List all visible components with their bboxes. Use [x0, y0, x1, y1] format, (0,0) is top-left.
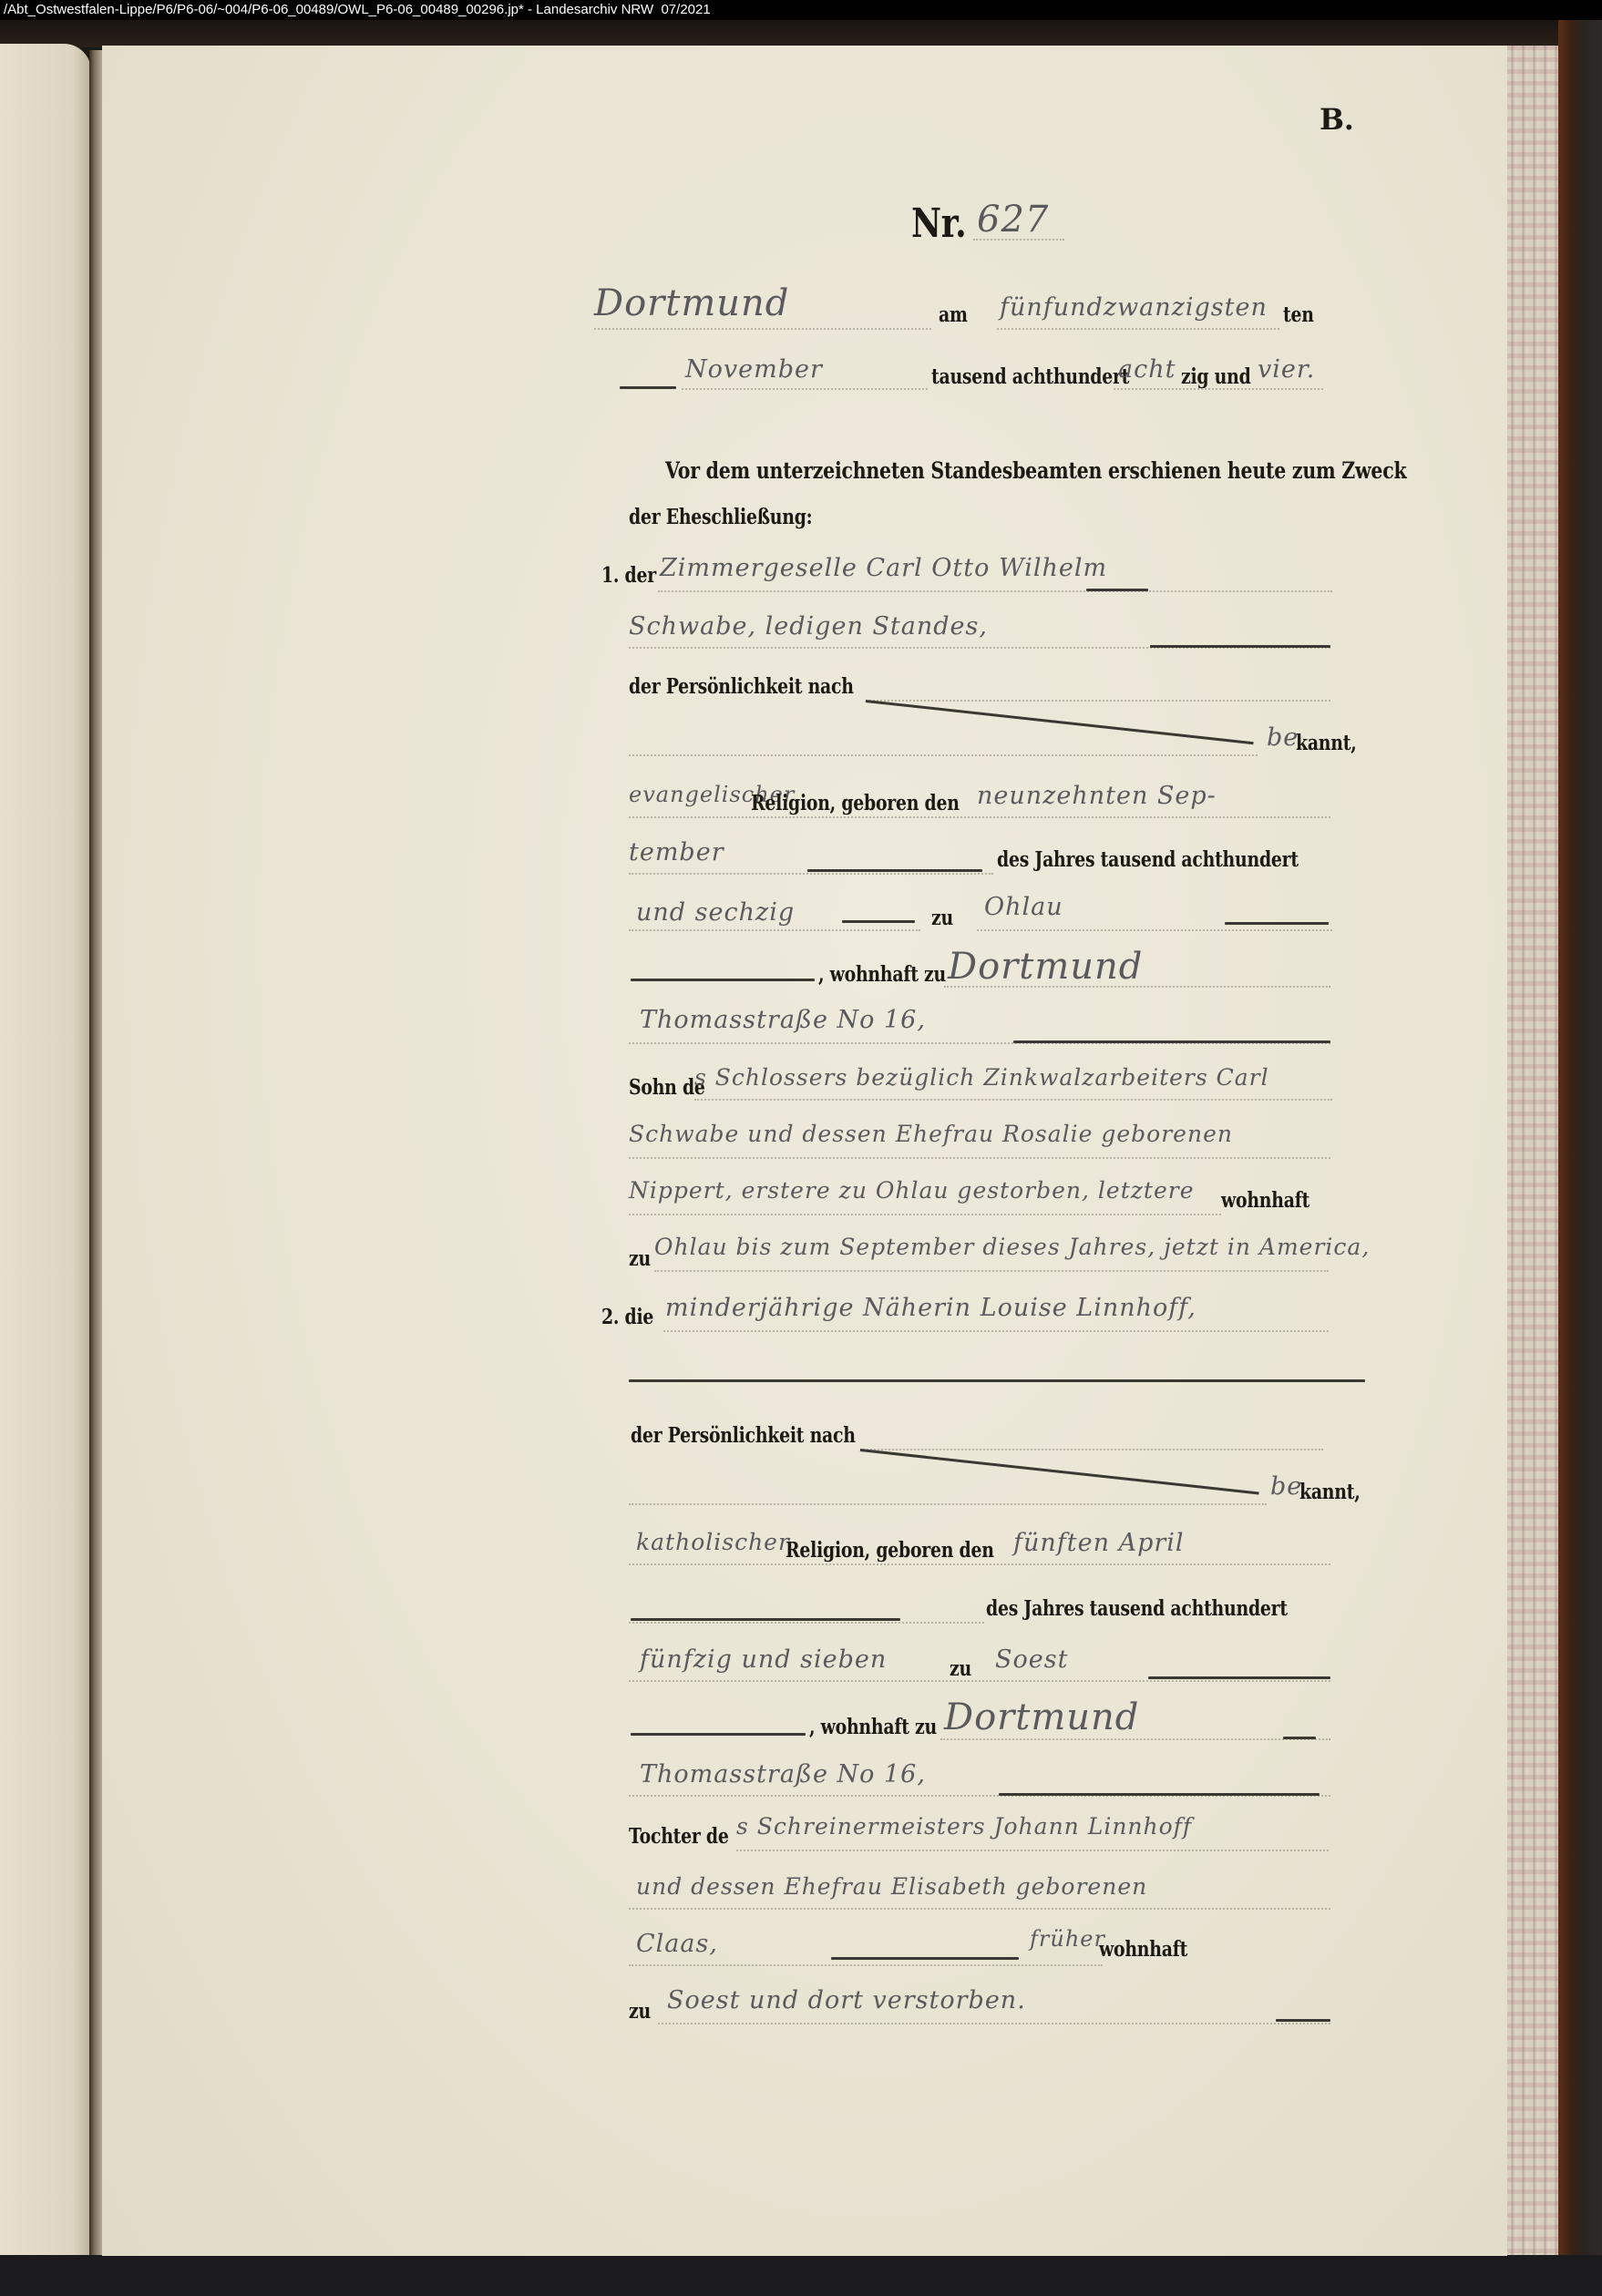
- bride-parents-line3: Claas,: [636, 1930, 718, 1958]
- archive-name: Landesarchiv NRW: [536, 2, 653, 17]
- groom-parents-line3: Nippert, erstere zu Ohlau gestorben, let…: [629, 1177, 1195, 1204]
- intro-text-2: der Eheschließung:: [629, 505, 812, 529]
- groom-birth-day: neunzehnten Sep-: [977, 782, 1217, 810]
- groom-known-label: kannt,: [1296, 731, 1357, 755]
- marriage-day: fünfundzwanzigsten: [1000, 293, 1268, 322]
- archive-date: 07/2021: [661, 2, 710, 17]
- book-cover-right: [1558, 20, 1602, 2296]
- bride-birthplace: Soest: [995, 1645, 1068, 1674]
- marriage-month: November: [685, 355, 823, 384]
- am-label: am: [939, 302, 968, 327]
- divider-line: [629, 1379, 1365, 1382]
- groom-religion-label: Religion, geboren den: [751, 791, 960, 815]
- groom-parents-line2: Schwabe und dessen Ehefrau Rosalie gebor…: [629, 1121, 1233, 1147]
- name-underline: [1086, 589, 1148, 591]
- page-edges: [1505, 46, 1562, 2258]
- book-cover-top: [0, 20, 1602, 47]
- groom-occupation-name: Zimmergeselle Carl Otto Wilhelm: [660, 554, 1107, 582]
- bride-residence-street: Thomasstraße No 16,: [640, 1760, 926, 1789]
- groom-birth-month: tember: [629, 838, 724, 866]
- bride-religion-label: Religion, geboren den: [786, 1538, 994, 1563]
- marriage-place: Dortmund: [594, 282, 789, 324]
- groom-birthplace: Ohlau: [984, 893, 1063, 921]
- bride-birth-day: fünften April: [1013, 1529, 1185, 1557]
- groom-year-label: des Jahres tausend achthundert: [997, 847, 1299, 872]
- bride-number: 2. die: [601, 1305, 653, 1329]
- book-cover-bottom: [0, 2255, 1602, 2296]
- year-units: vier.: [1258, 355, 1315, 384]
- groom-parents-line4: Ohlau bis zum September dieses Jahres, j…: [654, 1234, 1370, 1260]
- bride-religion: katholischer: [636, 1529, 790, 1555]
- left-page: [0, 44, 91, 2256]
- bride-parents-label: Tochter de: [629, 1824, 729, 1849]
- groom-residence-label: , wohnhaft zu: [818, 962, 946, 987]
- groom-parents-line1: s Schlossers bezüglich Zinkwalzarbeiters…: [694, 1064, 1269, 1091]
- groom-number: 1. der: [601, 563, 656, 588]
- bride-residence-city: Dortmund: [944, 1696, 1139, 1738]
- intro-text: Vor dem unterzeichneten Standesbeamten e…: [665, 457, 1406, 484]
- bride-parents-line4: Soest und dort verstorben.: [667, 1986, 1026, 2014]
- file-path: /Abt_Ostwestfalen-Lippe/P6/P6-06/~004/P6…: [4, 2, 524, 17]
- record-number: 627: [977, 199, 1049, 241]
- number-label: Nr.: [911, 200, 967, 247]
- groom-identity-label: der Persönlichkeit nach: [629, 674, 854, 699]
- bride-known-label: kannt,: [1299, 1480, 1361, 1504]
- bride-birth-year: fünfzig und sieben: [640, 1645, 887, 1674]
- year-tens: acht: [1118, 355, 1176, 384]
- book-gutter: [89, 50, 102, 2255]
- groom-birth-year: und sechzig: [636, 898, 795, 927]
- groom-surname-status: Schwabe, ledigen Standes,: [629, 612, 988, 641]
- year-label: tausend achthundert: [931, 364, 1129, 389]
- bride-parents-line1: s Schreinermeisters Johann Linnhoff: [736, 1813, 1192, 1840]
- form-letter: B.: [1320, 102, 1354, 137]
- register-page: B. Nr. 627 Dortmund am fünfundzwanzigste…: [102, 46, 1507, 2256]
- title-bar: /Abt_Ostwestfalen-Lippe/P6/P6-06/~004/P6…: [0, 0, 1602, 20]
- bride-year-label: des Jahres tausend achthundert: [986, 1596, 1288, 1621]
- bride-status-occupation-name: minderjährige Näherin Louise Linnhoff,: [665, 1294, 1196, 1322]
- bride-residence-label: , wohnhaft zu: [809, 1715, 937, 1739]
- groom-residence-city: Dortmund: [948, 946, 1143, 988]
- groom-residence-street: Thomasstraße No 16,: [640, 1006, 926, 1034]
- bride-parents-line2: und dessen Ehefrau Elisabeth geborenen: [636, 1873, 1147, 1900]
- bride-identity-label: der Persönlichkeit nach: [631, 1423, 856, 1448]
